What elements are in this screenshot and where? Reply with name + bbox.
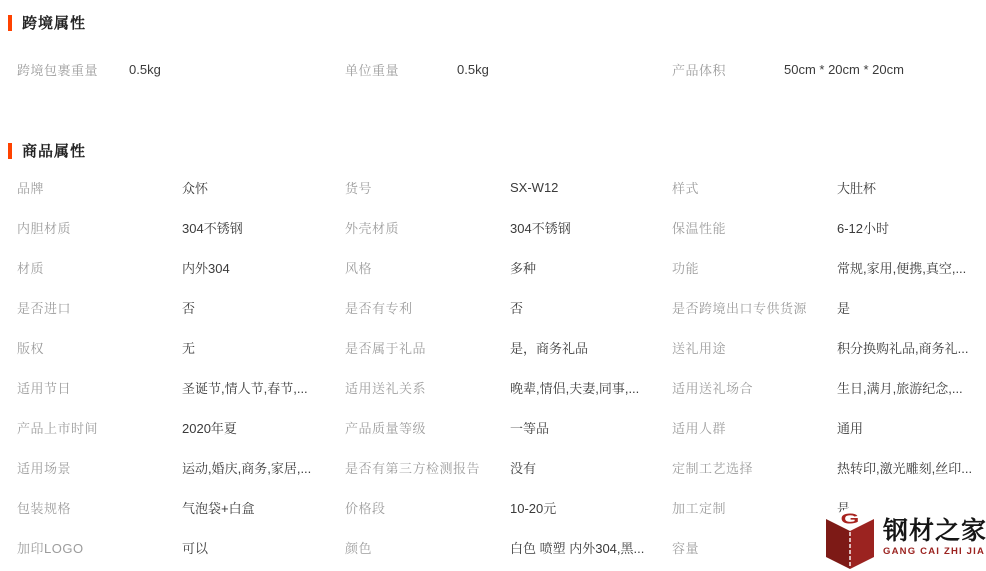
attribute-value: 运动,婚庆,商务,家居,... bbox=[182, 458, 311, 477]
attribute-cell: 包装规格气泡袋+白盒 bbox=[17, 487, 345, 527]
attribute-value: 热转印,激光雕刻,丝印... bbox=[837, 458, 972, 477]
attribute-value: 通用 bbox=[837, 418, 863, 437]
attribute-value: 否 bbox=[510, 298, 523, 317]
attribute-cell: 单位重量0.5kg bbox=[345, 49, 672, 89]
attribute-label: 适用送礼关系 bbox=[345, 378, 510, 397]
attribute-cell: 是否有第三方检测报告没有 bbox=[345, 447, 672, 487]
attribute-value: 白色 喷塑 内外304,黑... bbox=[510, 538, 644, 557]
section-accent-bar bbox=[8, 143, 12, 159]
section-title: 商品属性 bbox=[22, 140, 86, 161]
cross-border-attributes-section: 跨境属性 跨境包裹重量0.5kg单位重量0.5kg产品体积50cm * 20cm… bbox=[0, 0, 986, 89]
attribute-label: 是否有专利 bbox=[345, 298, 510, 317]
attribute-value: 304不锈钢 bbox=[182, 218, 243, 237]
attribute-label: 适用场景 bbox=[17, 458, 182, 477]
attribute-cell: 适用节日圣诞节,情人节,春节,... bbox=[17, 367, 345, 407]
attribute-cell: 版权无 bbox=[17, 327, 345, 367]
attribute-value: 10-20元 bbox=[510, 498, 556, 517]
attribute-value: 常规,家用,便携,真空,... bbox=[837, 258, 966, 277]
attribute-label: 适用人群 bbox=[672, 418, 837, 437]
attribute-label: 保温性能 bbox=[672, 218, 837, 237]
attribute-value: 无 bbox=[182, 338, 195, 357]
attribute-cell: 品牌众怀 bbox=[17, 167, 345, 207]
attribute-cell: 内胆材质304不锈钢 bbox=[17, 207, 345, 247]
attribute-label: 是否跨境出口专供货源 bbox=[672, 298, 837, 317]
attribute-label: 外壳材质 bbox=[345, 218, 510, 237]
attribute-value: 气泡袋+白盒 bbox=[182, 498, 255, 517]
attribute-label: 功能 bbox=[672, 258, 837, 277]
attribute-cell: 颜色白色 喷塑 内外304,黑... bbox=[345, 527, 672, 567]
cube-logo-icon: G bbox=[824, 506, 876, 570]
attribute-value: 50cm * 20cm * 20cm bbox=[784, 62, 904, 77]
logo-english-name: GANG CAI ZHI JIA bbox=[883, 546, 986, 557]
attribute-value: 大肚杯 bbox=[837, 178, 876, 197]
attribute-cell: 产品上市时间2020年夏 bbox=[17, 407, 345, 447]
attribute-cell: 样式大肚杯 bbox=[672, 167, 986, 207]
attribute-label: 包装规格 bbox=[17, 498, 182, 517]
attribute-cell: 价格段10-20元 bbox=[345, 487, 672, 527]
attribute-value: 积分换购礼品,商务礼... bbox=[837, 338, 968, 357]
attribute-cell: 功能常规,家用,便携,真空,... bbox=[672, 247, 986, 287]
attribute-label: 内胆材质 bbox=[17, 218, 182, 237]
attribute-value: SX-W12 bbox=[510, 180, 558, 195]
attribute-value: 内外304 bbox=[182, 258, 230, 277]
attribute-cell: 是否跨境出口专供货源是 bbox=[672, 287, 986, 327]
gangcai-zhijia-watermark-logo: G 钢材之家 GANG CAI ZHI JIA bbox=[824, 506, 986, 570]
attribute-label: 跨境包裹重量 bbox=[17, 60, 129, 79]
attribute-cell: 产品体积50cm * 20cm * 20cm bbox=[672, 49, 986, 89]
attribute-label: 产品体积 bbox=[672, 60, 784, 79]
attribute-label: 送礼用途 bbox=[672, 338, 837, 357]
attribute-label: 品牌 bbox=[17, 178, 182, 197]
attribute-value: 304不锈钢 bbox=[510, 218, 571, 237]
attribute-label: 价格段 bbox=[345, 498, 510, 517]
attribute-label: 适用节日 bbox=[17, 378, 182, 397]
attribute-label: 容量 bbox=[672, 538, 837, 557]
attribute-value: 没有 bbox=[510, 458, 536, 477]
attribute-cell: 适用送礼场合生日,满月,旅游纪念,... bbox=[672, 367, 986, 407]
attribute-cell: 送礼用途积分换购礼品,商务礼... bbox=[672, 327, 986, 367]
attribute-cell: 加印LOGO可以 bbox=[17, 527, 345, 567]
attribute-cell: 是否有专利否 bbox=[345, 287, 672, 327]
attribute-label: 加工定制 bbox=[672, 498, 837, 517]
section-header: 跨境属性 bbox=[0, 12, 986, 33]
attribute-label: 产品上市时间 bbox=[17, 418, 182, 437]
attribute-value: 0.5kg bbox=[457, 62, 489, 77]
attribute-value: 是 bbox=[837, 298, 850, 317]
attribute-cell: 跨境包裹重量0.5kg bbox=[17, 49, 345, 89]
attribute-label: 货号 bbox=[345, 178, 510, 197]
attribute-value: 可以 bbox=[182, 538, 208, 557]
attribute-value: 0.5kg bbox=[129, 62, 161, 77]
section-title: 跨境属性 bbox=[22, 12, 86, 33]
attribute-value: 众怀 bbox=[182, 178, 208, 197]
attribute-label: 版权 bbox=[17, 338, 182, 357]
attribute-cell: 产品质量等级一等品 bbox=[345, 407, 672, 447]
attribute-label: 是否属于礼品 bbox=[345, 338, 510, 357]
attribute-value: 否 bbox=[182, 298, 195, 317]
attribute-cell: 适用人群通用 bbox=[672, 407, 986, 447]
attribute-value: 晚辈,情侣,夫妻,同事,... bbox=[510, 378, 639, 397]
attribute-cell: 是否进口否 bbox=[17, 287, 345, 327]
logo-chinese-name: 钢材之家 bbox=[883, 519, 986, 544]
attribute-label: 是否有第三方检测报告 bbox=[345, 458, 510, 477]
attribute-value: 2020年夏 bbox=[182, 418, 237, 437]
attribute-label: 颜色 bbox=[345, 538, 510, 557]
attribute-label: 是否进口 bbox=[17, 298, 182, 317]
attribute-value: 圣诞节,情人节,春节,... bbox=[182, 378, 308, 397]
attribute-label: 加印LOGO bbox=[17, 538, 182, 557]
attribute-cell: 外壳材质304不锈钢 bbox=[345, 207, 672, 247]
product-attributes-section: 商品属性 品牌众怀货号SX-W12样式大肚杯内胆材质304不锈钢外壳材质304不… bbox=[0, 140, 986, 567]
attribute-label: 定制工艺选择 bbox=[672, 458, 837, 477]
attribute-value: 6-12小时 bbox=[837, 218, 889, 237]
attribute-cell: 适用场景运动,婚庆,商务,家居,... bbox=[17, 447, 345, 487]
attribute-label: 产品质量等级 bbox=[345, 418, 510, 437]
attribute-cell: 定制工艺选择热转印,激光雕刻,丝印... bbox=[672, 447, 986, 487]
attribute-value: 多种 bbox=[510, 258, 536, 277]
attribute-label: 样式 bbox=[672, 178, 837, 197]
attribute-cell: 保温性能6-12小时 bbox=[672, 207, 986, 247]
attribute-value: 一等品 bbox=[510, 418, 549, 437]
attribute-cell: 是否属于礼品是，商务礼品 bbox=[345, 327, 672, 367]
attribute-value: 生日,满月,旅游纪念,... bbox=[837, 378, 963, 397]
attribute-label: 材质 bbox=[17, 258, 182, 277]
attribute-label: 单位重量 bbox=[345, 60, 457, 79]
attribute-label: 风格 bbox=[345, 258, 510, 277]
attribute-cell: 风格多种 bbox=[345, 247, 672, 287]
attribute-cell: 适用送礼关系晚辈,情侣,夫妻,同事,... bbox=[345, 367, 672, 407]
attribute-cell: 材质内外304 bbox=[17, 247, 345, 287]
svg-text:G: G bbox=[841, 511, 860, 527]
attribute-value: 是，商务礼品 bbox=[510, 338, 588, 357]
section-header: 商品属性 bbox=[0, 140, 986, 161]
attribute-cell: 货号SX-W12 bbox=[345, 167, 672, 207]
section-accent-bar bbox=[8, 15, 12, 31]
logo-text-block: 钢材之家 GANG CAI ZHI JIA bbox=[883, 519, 986, 557]
cross-border-attributes-grid: 跨境包裹重量0.5kg单位重量0.5kg产品体积50cm * 20cm * 20… bbox=[0, 49, 986, 89]
attribute-label: 适用送礼场合 bbox=[672, 378, 837, 397]
